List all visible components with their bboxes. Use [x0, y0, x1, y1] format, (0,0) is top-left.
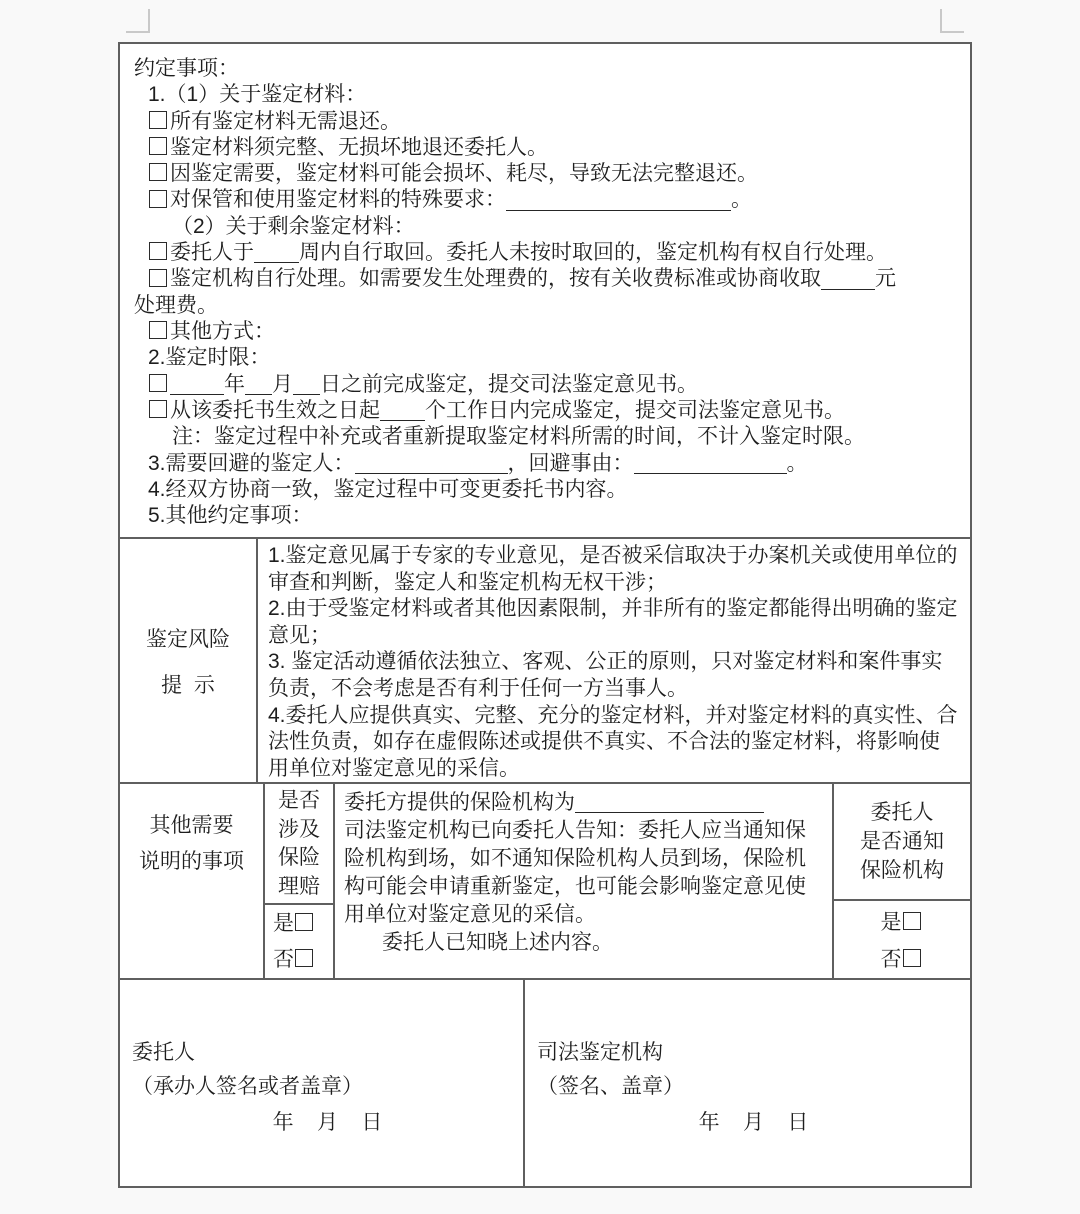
- other-matters-row: 其他需要说明的事项 是否涉及保险理赔 是 否 委托方提供的保险机构为司法鉴定机构…: [120, 782, 970, 978]
- form-line: 涉及: [265, 816, 333, 845]
- form-line: 3. 鉴定活动遵循依法独立、客观、公正的原则，只对鉴定材料和案件事实负责，不会考…: [268, 649, 960, 702]
- blank-field: [575, 790, 764, 813]
- form-line: 因鉴定需要，鉴定材料可能会损坏、耗尽，导致无法完整退还。: [134, 161, 958, 187]
- form-line: 鉴定机构自行处理。如需要发生处理费的，按有关收费标准或协商收取元: [134, 266, 958, 292]
- blank-field: [821, 266, 875, 289]
- involve-no-option: 否: [273, 942, 333, 978]
- checkbox-icon: [149, 374, 167, 392]
- blank-field: [506, 187, 731, 210]
- form-line: 委托人: [834, 798, 970, 827]
- checkbox-icon: [149, 111, 167, 129]
- form-line: 注：鉴定过程中补充或者重新提取鉴定材料所需的时间，不计入鉴定时限。: [134, 424, 958, 450]
- checkbox-icon: [295, 913, 313, 931]
- form-line: 鉴定材料须完整、无损坏地退还委托人。: [134, 135, 958, 161]
- form-line: 5.其他约定事项：: [134, 503, 958, 529]
- checkbox-icon: [149, 242, 167, 260]
- form-line: 所有鉴定材料无需退还。: [134, 109, 958, 135]
- form-line: 保险机构: [834, 856, 970, 885]
- page-margin-mark-top-right: [940, 9, 964, 33]
- notify-insurer-header-cell: 委托人是否通知保险机构: [834, 784, 970, 901]
- form-line: 委托方提供的保险机构为: [344, 789, 824, 817]
- checkbox-icon: [149, 400, 167, 418]
- form-line: 委托人于周内自行取回。委托人未按时取回的，鉴定机构有权自行处理。: [134, 240, 958, 266]
- checkbox-icon: [903, 949, 921, 967]
- form-line: 理赔: [265, 873, 333, 902]
- risk-notice-label-cell: 鉴定风险 提 示: [120, 539, 258, 782]
- form-line: 保险: [265, 844, 333, 873]
- notify-no-option: 否: [834, 941, 970, 978]
- form-line: 司法鉴定机构: [537, 1036, 970, 1070]
- client-signature-cell: 委托人（承办人签名或者盖章） 年 月 日: [120, 980, 525, 1186]
- risk-label-line2: 提 示: [161, 669, 215, 699]
- blank-field: [245, 372, 272, 395]
- notify-insurer-column: 委托人是否通知保险机构 是 否: [834, 784, 970, 978]
- signature-row: 委托人（承办人签名或者盖章） 年 月 日 司法鉴定机构（签名、盖章） 年 月 日: [120, 978, 970, 1186]
- blank-field: [355, 451, 508, 474]
- risk-notice-row: 鉴定风险 提 示 1.鉴定意见属于专家的专业意见，是否被采信取决于办案机关或使用…: [120, 537, 970, 782]
- checkbox-icon: [149, 190, 167, 208]
- form-line: 2.由于受鉴定材料或者其他因素限制，并非所有的鉴定都能得出明确的鉴定意见；: [268, 596, 960, 649]
- blank-field: [634, 451, 787, 474]
- page-margin-mark-top-left: [126, 9, 150, 33]
- notify-insurer-choice-cell: 是 否: [834, 901, 970, 978]
- form-line: 说明的事项: [120, 844, 263, 880]
- form-line: 1.鉴定意见属于专家的专业意见，是否被采信取决于办案机关或使用单位的审查和判断，…: [268, 543, 960, 596]
- checkbox-icon: [149, 163, 167, 181]
- form-line: 委托人: [132, 1036, 523, 1070]
- org-signature-date: 年 月 日: [537, 1106, 970, 1140]
- form-line: （2）关于剩余鉴定材料：: [134, 214, 958, 240]
- form-line: 1.（1）关于鉴定材料：: [134, 82, 958, 108]
- appraisal-agreement-table: 约定事项：1.（1）关于鉴定材料：所有鉴定材料无需退还。鉴定材料须完整、无损坏地…: [118, 42, 972, 1188]
- checkbox-icon: [149, 137, 167, 155]
- checkbox-icon: [149, 321, 167, 339]
- checkbox-icon: [903, 912, 921, 930]
- form-line: 从该委托书生效之日起个工作日内完成鉴定，提交司法鉴定意见书。: [134, 398, 958, 424]
- form-line: 是否: [265, 787, 333, 816]
- form-line: 是否通知: [834, 827, 970, 856]
- form-line: 2.鉴定时限：: [134, 345, 958, 371]
- form-line: 4.经双方协商一致，鉴定过程中可变更委托书内容。: [134, 477, 958, 503]
- insurance-involve-header-cell: 是否涉及保险理赔: [265, 784, 333, 905]
- blank-field: [170, 372, 224, 395]
- involve-yes-option: 是: [273, 906, 333, 942]
- client-signature-date: 年 月 日: [132, 1106, 523, 1140]
- form-line: 4.委托人应提供真实、完整、充分的鉴定材料，并对鉴定材料的真实性、合法性负责，如…: [268, 703, 960, 783]
- form-line: 对保管和使用鉴定材料的特殊要求：。: [134, 187, 958, 213]
- form-line: 约定事项：: [134, 56, 958, 82]
- form-line: 3.需要回避的鉴定人：，回避事由：。: [134, 451, 958, 477]
- blank-field: [380, 398, 425, 421]
- insurance-involve-column: 是否涉及保险理赔 是 否: [265, 784, 335, 978]
- form-line: 处理费。: [134, 293, 958, 319]
- checkbox-icon: [149, 269, 167, 287]
- insurance-involve-choice-cell: 是 否: [265, 905, 333, 978]
- notify-yes-option: 是: [834, 904, 970, 941]
- risk-label-line1: 鉴定风险: [146, 623, 230, 653]
- blank-field: [293, 372, 320, 395]
- org-signature-cell: 司法鉴定机构（签名、盖章） 年 月 日: [525, 980, 970, 1186]
- form-line: 司法鉴定机构已向委托人告知：委托人应当通知保险机构到场，如不通知保险机构人员到场…: [344, 817, 824, 929]
- other-matters-label-cell: 其他需要说明的事项: [120, 784, 265, 978]
- risk-notice-content-cell: 1.鉴定意见属于专家的专业意见，是否被采信取决于办案机关或使用单位的审查和判断，…: [258, 539, 970, 782]
- form-line: 委托人已知晓上述内容。: [344, 929, 824, 957]
- insurance-notice-content-cell: 委托方提供的保险机构为司法鉴定机构已向委托人告知：委托人应当通知保险机构到场，如…: [335, 784, 834, 978]
- form-line: （承办人签名或者盖章）: [132, 1070, 523, 1104]
- blank-field: [254, 240, 299, 263]
- form-line: 其他方式：: [134, 319, 958, 345]
- scanned-form-page: { "agreed": { "lines": [ {"t": "约定事项：", …: [0, 0, 1080, 1214]
- form-line: （签名、盖章）: [537, 1070, 970, 1104]
- agreed-matters-cell: 约定事项：1.（1）关于鉴定材料：所有鉴定材料无需退还。鉴定材料须完整、无损坏地…: [120, 44, 970, 537]
- checkbox-icon: [295, 949, 313, 967]
- form-line: 年月日之前完成鉴定，提交司法鉴定意见书。: [134, 372, 958, 398]
- form-line: 其他需要: [120, 808, 263, 844]
